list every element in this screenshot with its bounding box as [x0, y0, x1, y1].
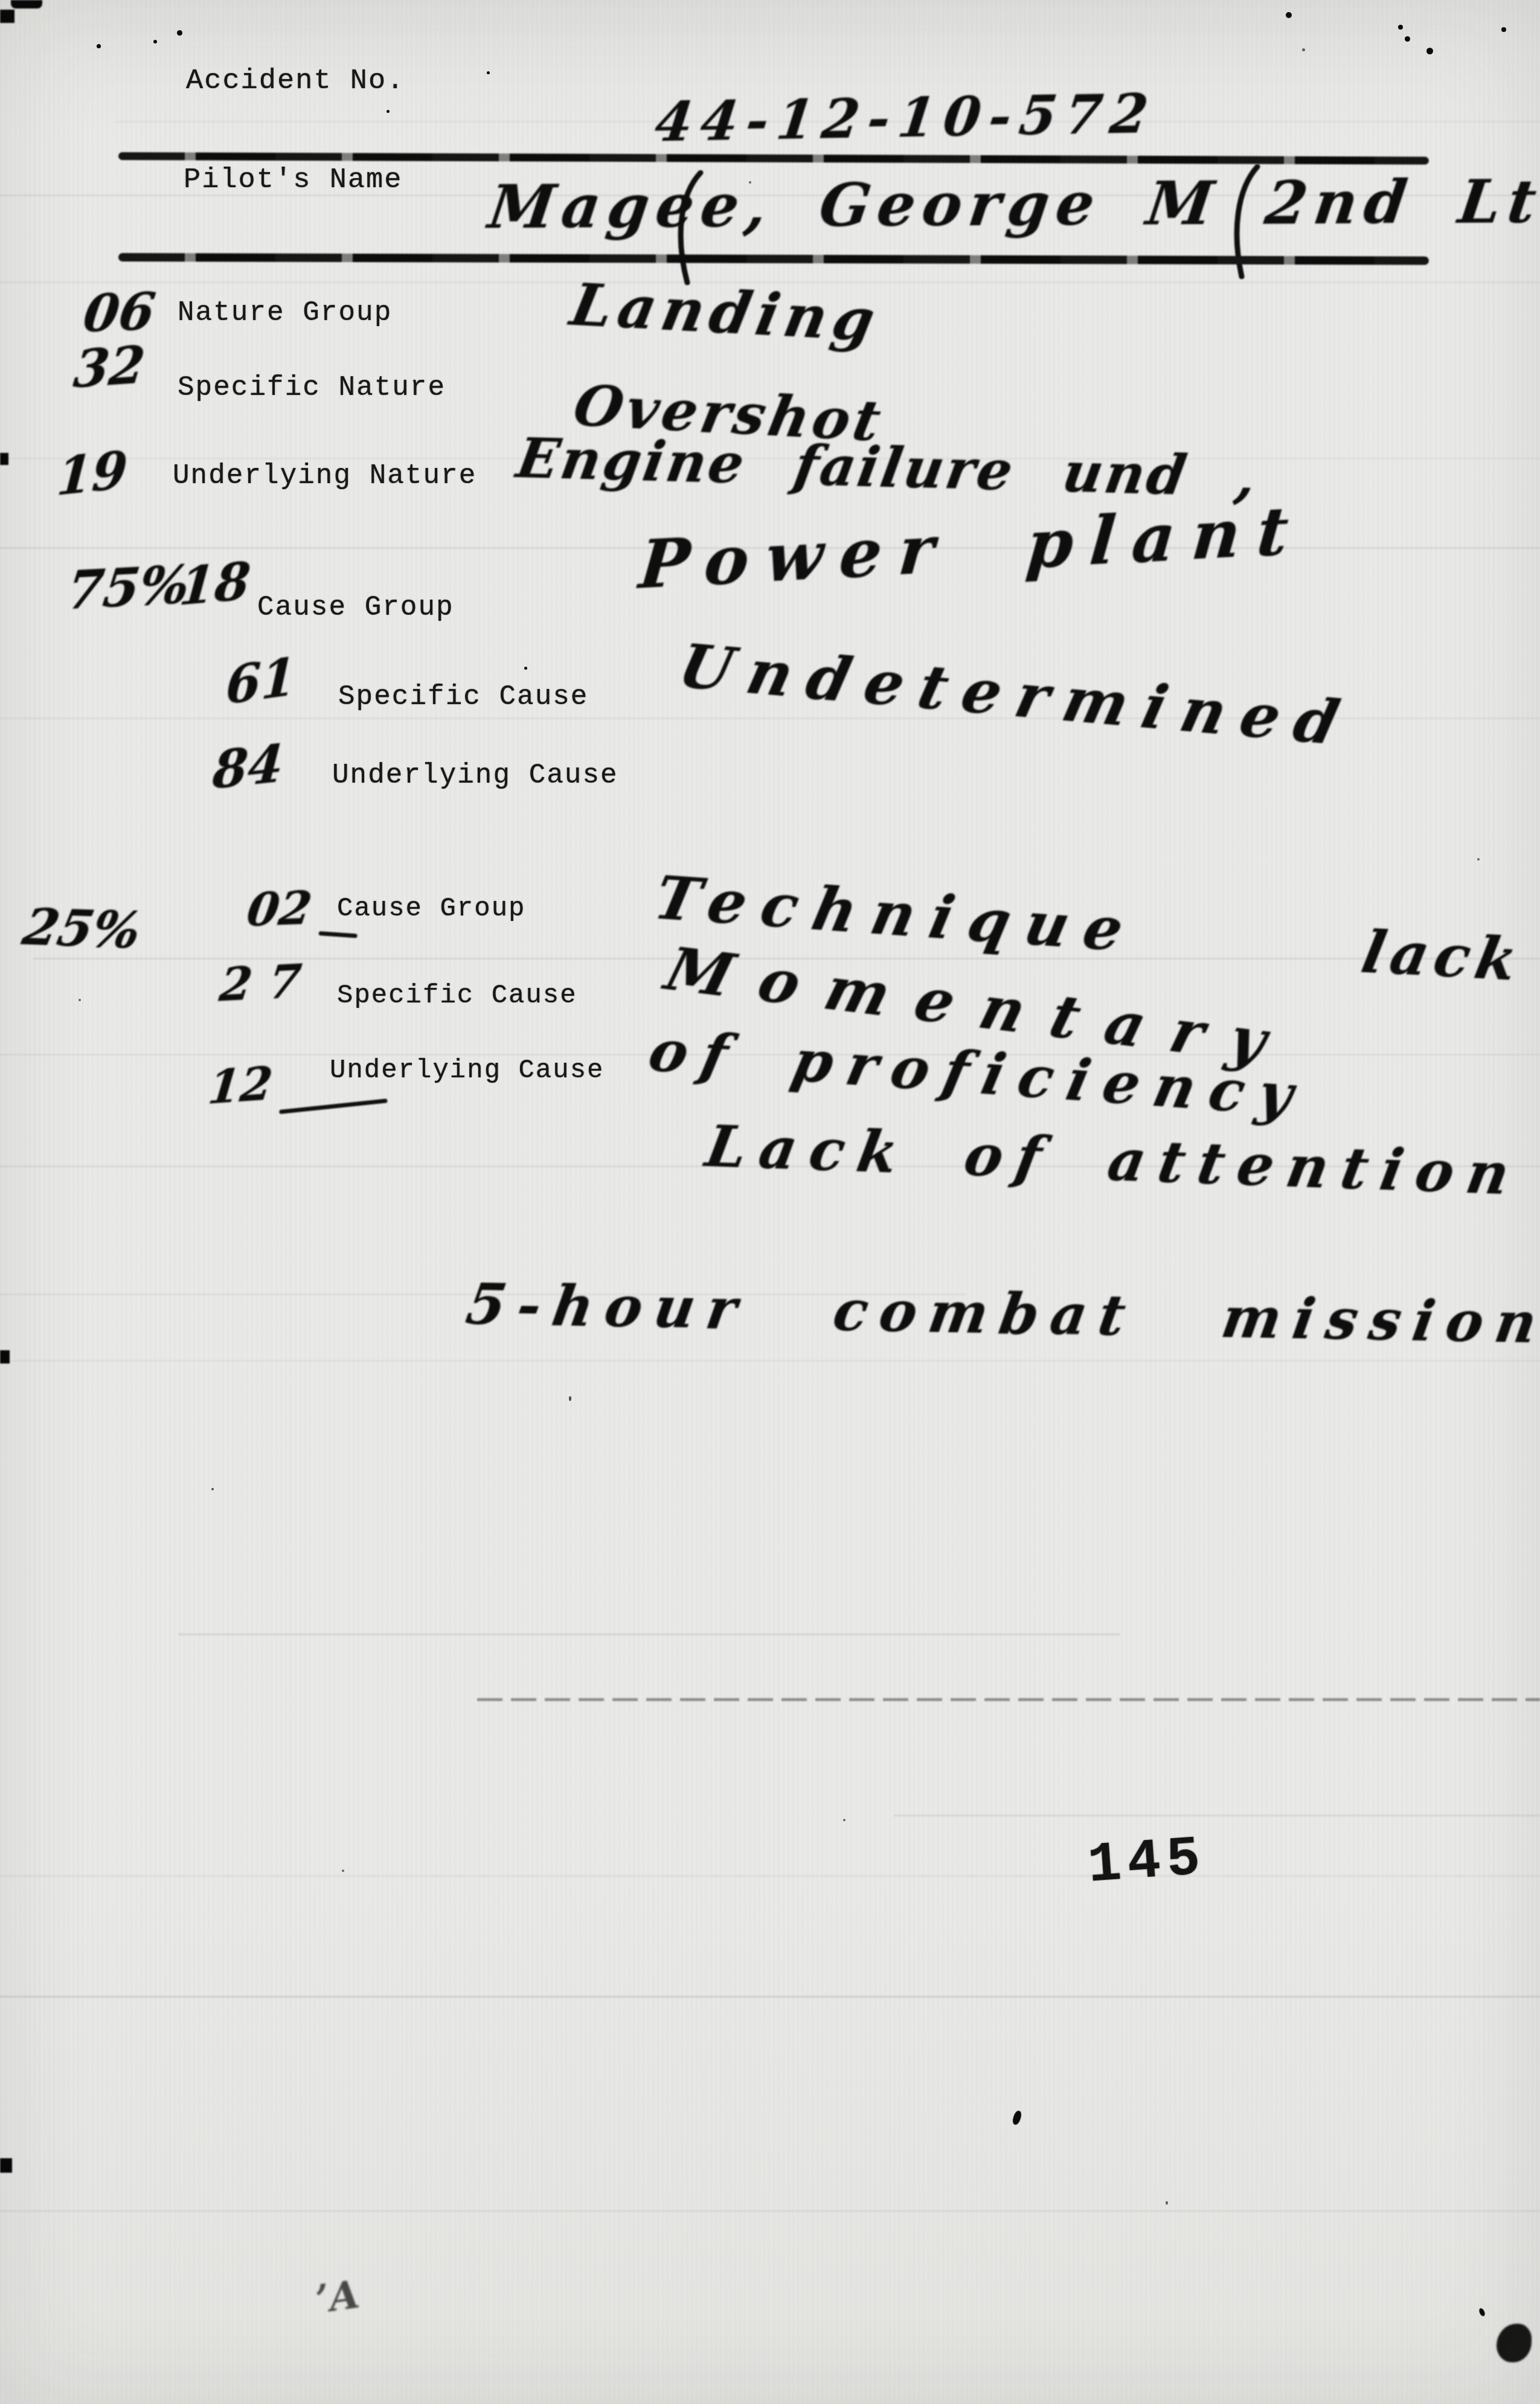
ink-speck [1166, 2201, 1168, 2205]
edge-scan-mark [0, 453, 8, 465]
specific-cause-2-label: Specific Cause [337, 981, 577, 1011]
paper-background [0, 0, 1540, 2404]
ink-smudge-mark: ʼA [313, 2272, 362, 2322]
underlying-cause-2-label: Underlying Cause [330, 1056, 604, 1086]
underlying-cause-code: 84 [211, 733, 285, 801]
ink-speck [177, 30, 182, 36]
secondary-cause-percent: 25% [18, 899, 146, 960]
accident-no-value: 44-12-10-572 [652, 82, 1160, 154]
pilot-name-label: Pilot's Name [184, 164, 402, 196]
primary-cause-percent: 75% [64, 554, 193, 621]
underlying-cause-label: Underlying Cause [332, 760, 618, 791]
ink-speck [97, 44, 101, 48]
cause-group-2-code: 02 [243, 880, 315, 937]
specific-nature-label: Specific Nature [178, 372, 446, 403]
ink-speck [387, 110, 390, 113]
ink-speck [1302, 48, 1305, 51]
ink-speck [1398, 25, 1403, 30]
scan-artifact-line [0, 1360, 1540, 1362]
ink-speck [1405, 36, 1410, 42]
ink-speck [1286, 12, 1292, 18]
scan-artifact-line [477, 1698, 1540, 1701]
nature-group-label: Nature Group [178, 297, 392, 329]
scan-artifact-line [178, 1633, 1120, 1635]
specific-cause-2-code: 27 [217, 953, 321, 1012]
cause-group-label: Cause Group [257, 592, 454, 623]
ink-speck [569, 1396, 571, 1401]
ink-speck [79, 999, 81, 1001]
ink-speck [1426, 48, 1433, 54]
specific-nature-code: 32 [71, 335, 147, 400]
ink-speck [749, 181, 751, 184]
ink-speck [342, 1870, 344, 1872]
scan-artifact-line [0, 2210, 1540, 2212]
scanned-accident-report-page: { "page": { "paper_color": "#e9e9e7", "i… [0, 0, 1540, 2404]
edge-scan-mark [0, 2158, 12, 2173]
underlying-cause-2-code: 12 [206, 1056, 275, 1115]
scan-artifact-line [0, 1996, 1540, 1998]
page-number: 145 [1086, 1826, 1208, 1897]
specific-cause-code: 61 [225, 646, 297, 717]
specific-cause-2-value-cont: lack [1356, 918, 1529, 994]
ink-speck [211, 1488, 214, 1490]
underlying-nature-label: Underlying Nature [173, 460, 476, 492]
edge-scan-mark [0, 10, 14, 23]
ink-speck [487, 71, 490, 74]
ink-speck [1477, 858, 1480, 861]
specific-cause-label: Specific Cause [338, 681, 588, 713]
ink-speck [843, 1819, 845, 1821]
scan-artifact-line [894, 1815, 1540, 1816]
ink-speck [524, 667, 527, 670]
edge-scan-mark [0, 1350, 10, 1364]
ink-speck [1501, 27, 1506, 32]
cause-group-code: 18 [177, 551, 252, 617]
accident-no-label: Accident No. [186, 65, 405, 97]
edge-scan-mark [11, 0, 42, 8]
underlying-nature-code: 19 [55, 440, 129, 508]
ink-speck [153, 40, 157, 43]
cause-group-2-label: Cause Group [337, 894, 525, 924]
pilot-name-value: Magee, George M 2nd Lt. [484, 167, 1540, 242]
scan-artifact-line [0, 1875, 1540, 1877]
